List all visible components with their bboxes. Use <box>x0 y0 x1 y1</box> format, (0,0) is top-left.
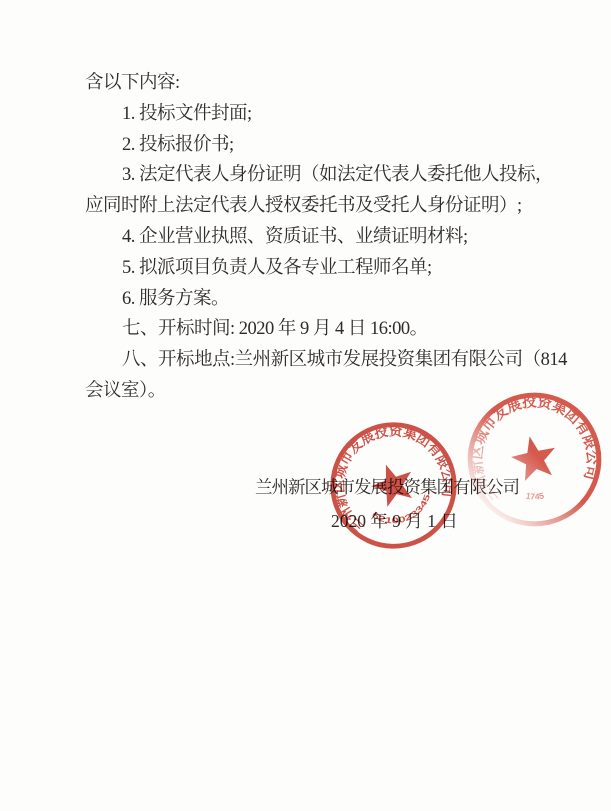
body-line: 2. 投标报价书; <box>0 130 611 161</box>
signature-company-name: 兰州新区城市发展投资集团有限公司 <box>255 474 519 499</box>
body-line: 会议室）。 <box>0 376 611 407</box>
signature-date: 2020 年 9 月 1 日 <box>331 508 458 533</box>
body-line: 七、开标时间: 2020 年 9 月 4 日 16:00。 <box>0 314 611 345</box>
body-line: 5. 拟派项目负责人及各专业工程师名单; <box>0 253 611 284</box>
official-seal-stamp-partial: 兰州新区城市发展投资集团有限公司 1745 <box>463 388 606 531</box>
document-body: 含以下内容: 1. 投标文件封面; 2. 投标报价书; 3. 法定代表人身份证明… <box>0 68 611 407</box>
body-line: 4. 企业营业执照、资质证书、业绩证明材料; <box>0 222 611 253</box>
body-line: 应同时附上法定代表人授权委托书及受托人身份证明）; <box>0 191 611 222</box>
document-page: 含以下内容: 1. 投标文件封面; 2. 投标报价书; 3. 法定代表人身份证明… <box>0 0 611 811</box>
body-line: 3. 法定代表人身份证明（如法定代表人委托他人投标， <box>0 160 611 191</box>
body-line: 八、开标地点:兰州新区城市发展投资集团有限公司（814 <box>0 345 611 376</box>
seal-serial-number: 1745 <box>523 487 545 504</box>
body-line: 含以下内容: <box>0 68 611 99</box>
body-line: 6. 服务方案。 <box>0 284 611 315</box>
body-line: 1. 投标文件封面; <box>0 99 611 130</box>
